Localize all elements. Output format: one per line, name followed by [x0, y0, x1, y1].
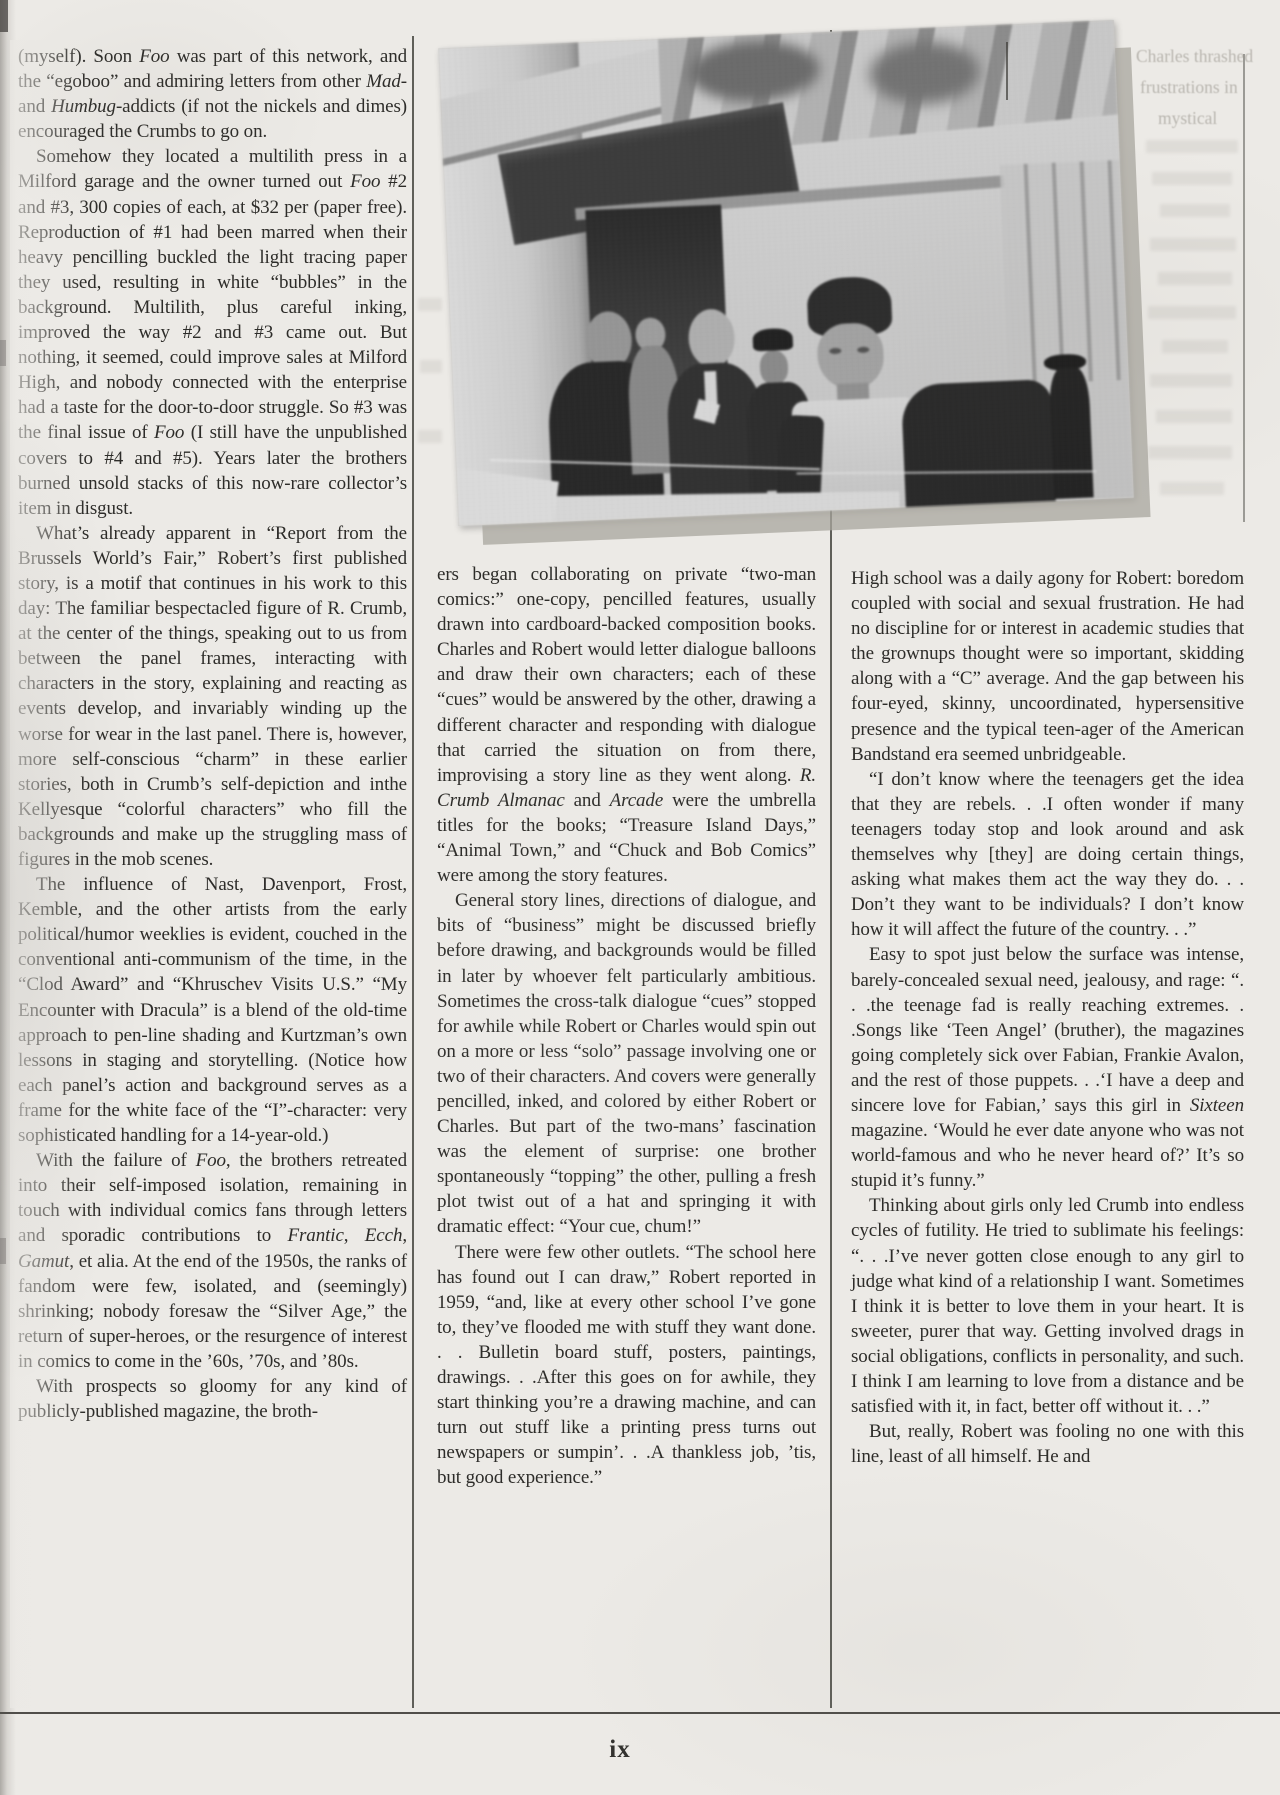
paragraph: (myself). Soon Foo was part of this netw… [18, 44, 407, 144]
paragraph: But, really, Robert was fooling no one w… [851, 1419, 1244, 1469]
paragraph: Somehow they located a multilith press i… [18, 144, 407, 520]
paragraph: General story lines, directions of dialo… [437, 888, 816, 1239]
bleed-through-smudge [1150, 238, 1236, 251]
page-gutter-shadow [0, 0, 16, 1795]
bleed-through-smudge [418, 298, 442, 311]
photo-grain-texture [438, 20, 1133, 526]
paragraph: What’s already apparent in “Report from … [18, 521, 407, 872]
footer-rule [0, 1712, 1280, 1714]
bleed-through-smudge [1162, 340, 1228, 353]
photo-scene [438, 20, 1133, 526]
bleed-through-text: frustrations in [1140, 77, 1238, 98]
scan-edge-mark [0, 1238, 6, 1264]
paragraph: Easy to spot just below the surface was … [851, 942, 1244, 1193]
photo [438, 20, 1133, 526]
page-number: ix [596, 1736, 644, 1764]
paragraph: The influence of Nast, Davenport, Frost,… [18, 872, 407, 1148]
paragraph: There were few other outlets. “The schoo… [437, 1240, 816, 1491]
right-column: High school was a daily agony for Robert… [851, 566, 1244, 1469]
bleed-through-smudge [1160, 204, 1230, 217]
paragraph: High school was a daily agony for Robert… [851, 566, 1244, 767]
column-divider-left [412, 36, 414, 1708]
paragraph: “I don’t know where the teenagers get th… [851, 767, 1244, 943]
bleed-through-smudge [1156, 410, 1232, 423]
scan-edge-mark [0, 0, 8, 32]
bleed-through-text: mystical [1158, 108, 1217, 129]
middle-column: ers began collaborating on private “two-… [437, 562, 816, 1490]
bleed-through-smudge [1148, 446, 1232, 459]
bleed-through-smudge [418, 430, 442, 443]
paragraph: ers began collaborating on private “two-… [437, 562, 816, 888]
scan-edge-mark [0, 340, 6, 366]
bleed-through-smudge [1146, 140, 1238, 153]
bleed-through-smudge [1152, 172, 1232, 185]
bleed-through-smudge [1150, 374, 1232, 387]
bleed-through-smudge [1148, 306, 1236, 319]
left-column: (myself). Soon Foo was part of this netw… [18, 44, 407, 1424]
bleed-through-line-stub [1006, 42, 1008, 100]
bleed-through-smudge [420, 360, 442, 373]
bleed-through-text: Charles thrashed [1136, 46, 1253, 67]
paragraph: With prospects so gloomy for any kind of… [18, 1374, 407, 1424]
bleed-through-smudge [1160, 482, 1224, 495]
bleed-through-smudge [1158, 272, 1232, 285]
paragraph: Thinking about girls only led Crumb into… [851, 1193, 1244, 1419]
paragraph: With the failure of Foo, the brothers re… [18, 1148, 407, 1374]
bleed-through-divider-line [1243, 54, 1245, 522]
